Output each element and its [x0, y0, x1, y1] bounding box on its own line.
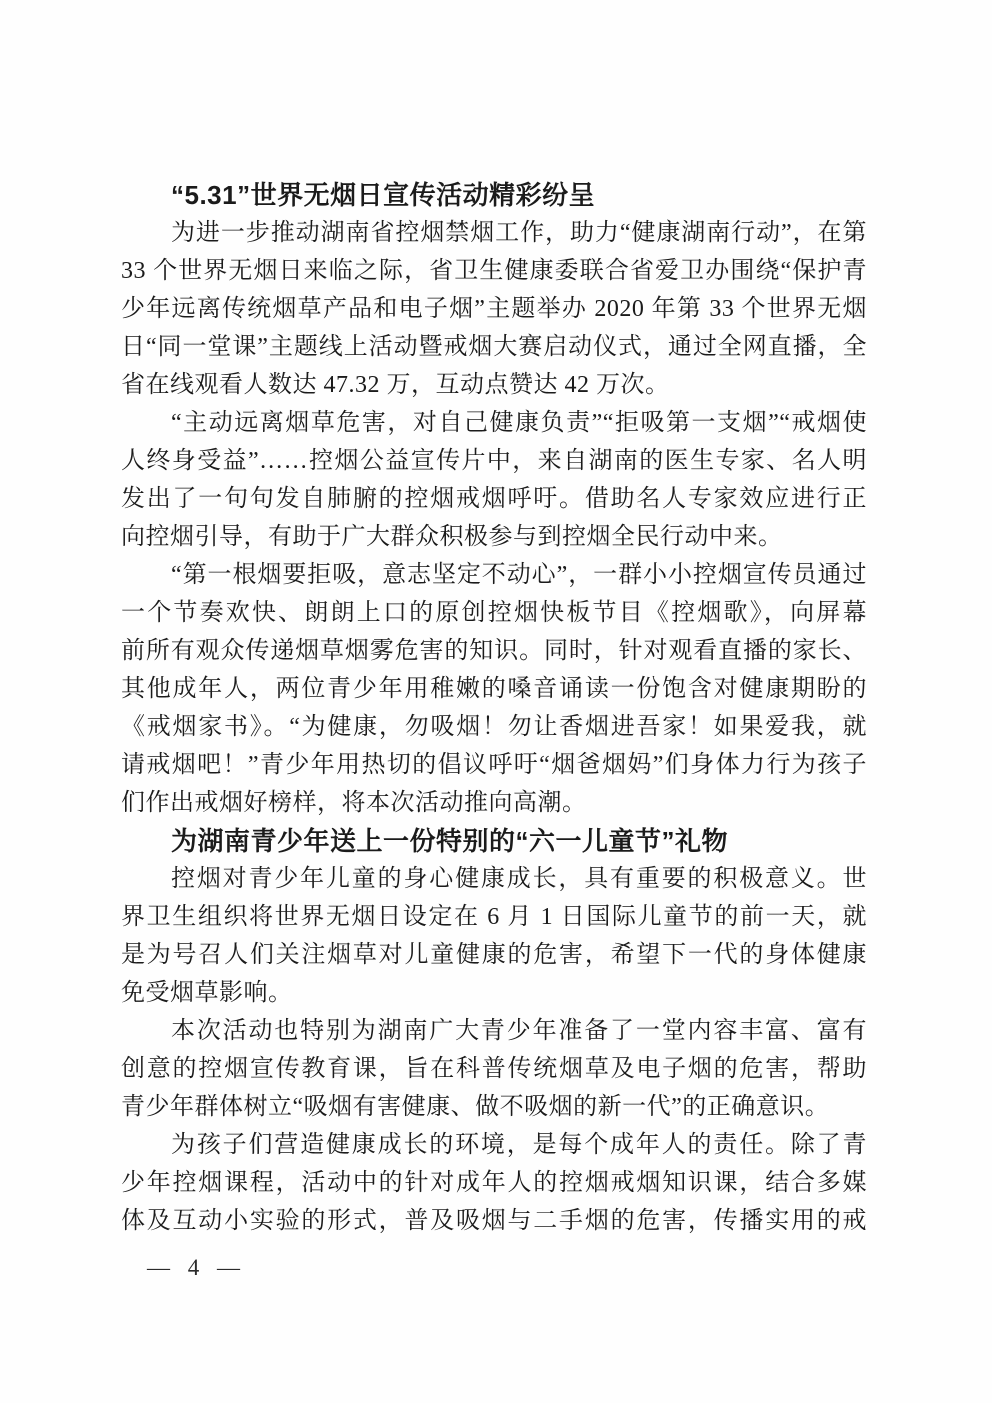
- section-heading-2: 为湖南青少年送上一份特别的“六一儿童节”礼物: [121, 822, 867, 860]
- text-line: 前所有观众传递烟草烟雾危害的知识。同时，针对观看直播的家长、: [121, 632, 867, 670]
- text-line: 人终身受益”……控烟公益宣传片中，来自湖南的医生专家、名人明星: [121, 442, 867, 480]
- text-line: 请戒烟吧！”青少年用热切的倡议呼吁“烟爸烟妈”们身体力行为孩子: [121, 746, 867, 784]
- text-line: 青少年群体树立“吸烟有害健康、做不吸烟的新一代”的正确意识。: [121, 1088, 867, 1126]
- text-line: 们作出戒烟好榜样，将本次活动推向高潮。: [121, 784, 867, 822]
- text-line: 省在线观看人数达 47.32 万，互动点赞达 42 万次。: [121, 366, 867, 404]
- text-line: 一个节奏欢快、朗朗上口的原创控烟快板节目《控烟歌》，向屏幕: [121, 594, 867, 632]
- text-line: 日“同一堂课”主题线上活动暨戒烟大赛启动仪式，通过全网直播，全: [121, 328, 867, 366]
- text-line: 其他成年人，两位青少年用稚嫩的嗓音诵读一份饱含对健康期盼的: [121, 670, 867, 708]
- text-line: 发出了一句句发自肺腑的控烟戒烟呼吁。借助名人专家效应进行正: [121, 480, 867, 518]
- text-line: 是为号召人们关注烟草对儿童健康的危害，希望下一代的身体健康: [121, 936, 867, 974]
- text-line: 为孩子们营造健康成长的环境，是每个成年人的责任。除了青: [121, 1126, 867, 1164]
- text-line: 向控烟引导，有助于广大群众积极参与到控烟全民行动中来。: [121, 518, 867, 556]
- document-page: “5.31”世界无烟日宣传活动精彩纷呈 为进一步推动湖南省控烟禁烟工作，助力“健…: [0, 0, 992, 1403]
- section-heading-1: “5.31”世界无烟日宣传活动精彩纷呈: [121, 176, 867, 214]
- text-line: “第一根烟要拒吸，意志坚定不动心”，一群小小控烟宣传员通过: [121, 556, 867, 594]
- text-line: 本次活动也特别为湖南广大青少年准备了一堂内容丰富、富有: [121, 1012, 867, 1050]
- text-line: 免受烟草影响。: [121, 974, 867, 1012]
- text-line: 少年控烟课程，活动中的针对成年人的控烟戒烟知识课，结合多媒: [121, 1164, 867, 1202]
- text-line: 33 个世界无烟日来临之际，省卫生健康委联合省爱卫办围绕“保护青: [121, 252, 867, 290]
- text-line: 控烟对青少年儿童的身心健康成长，具有重要的积极意义。世: [121, 860, 867, 898]
- text-line: 《戒烟家书》。“为健康，勿吸烟！勿让香烟进吾家！如果爱我，就: [121, 708, 867, 746]
- text-line: 界卫生组织将世界无烟日设定在 6 月 1 日国际儿童节的前一天，就: [121, 898, 867, 936]
- text-line: 创意的控烟宣传教育课，旨在科普传统烟草及电子烟的危害，帮助: [121, 1050, 867, 1088]
- document-content: “5.31”世界无烟日宣传活动精彩纷呈 为进一步推动湖南省控烟禁烟工作，助力“健…: [121, 176, 867, 1240]
- page-number: — 4 —: [147, 1249, 241, 1287]
- text-line: 为进一步推动湖南省控烟禁烟工作，助力“健康湖南行动”，在第: [121, 214, 867, 252]
- text-line: 体及互动小实验的形式，普及吸烟与二手烟的危害，传播实用的戒: [121, 1202, 867, 1240]
- text-line: 少年远离传统烟草产品和电子烟”主题举办 2020 年第 33 个世界无烟: [121, 290, 867, 328]
- text-line: “主动远离烟草危害，对自己健康负责”“拒吸第一支烟”“戒烟使: [121, 404, 867, 442]
